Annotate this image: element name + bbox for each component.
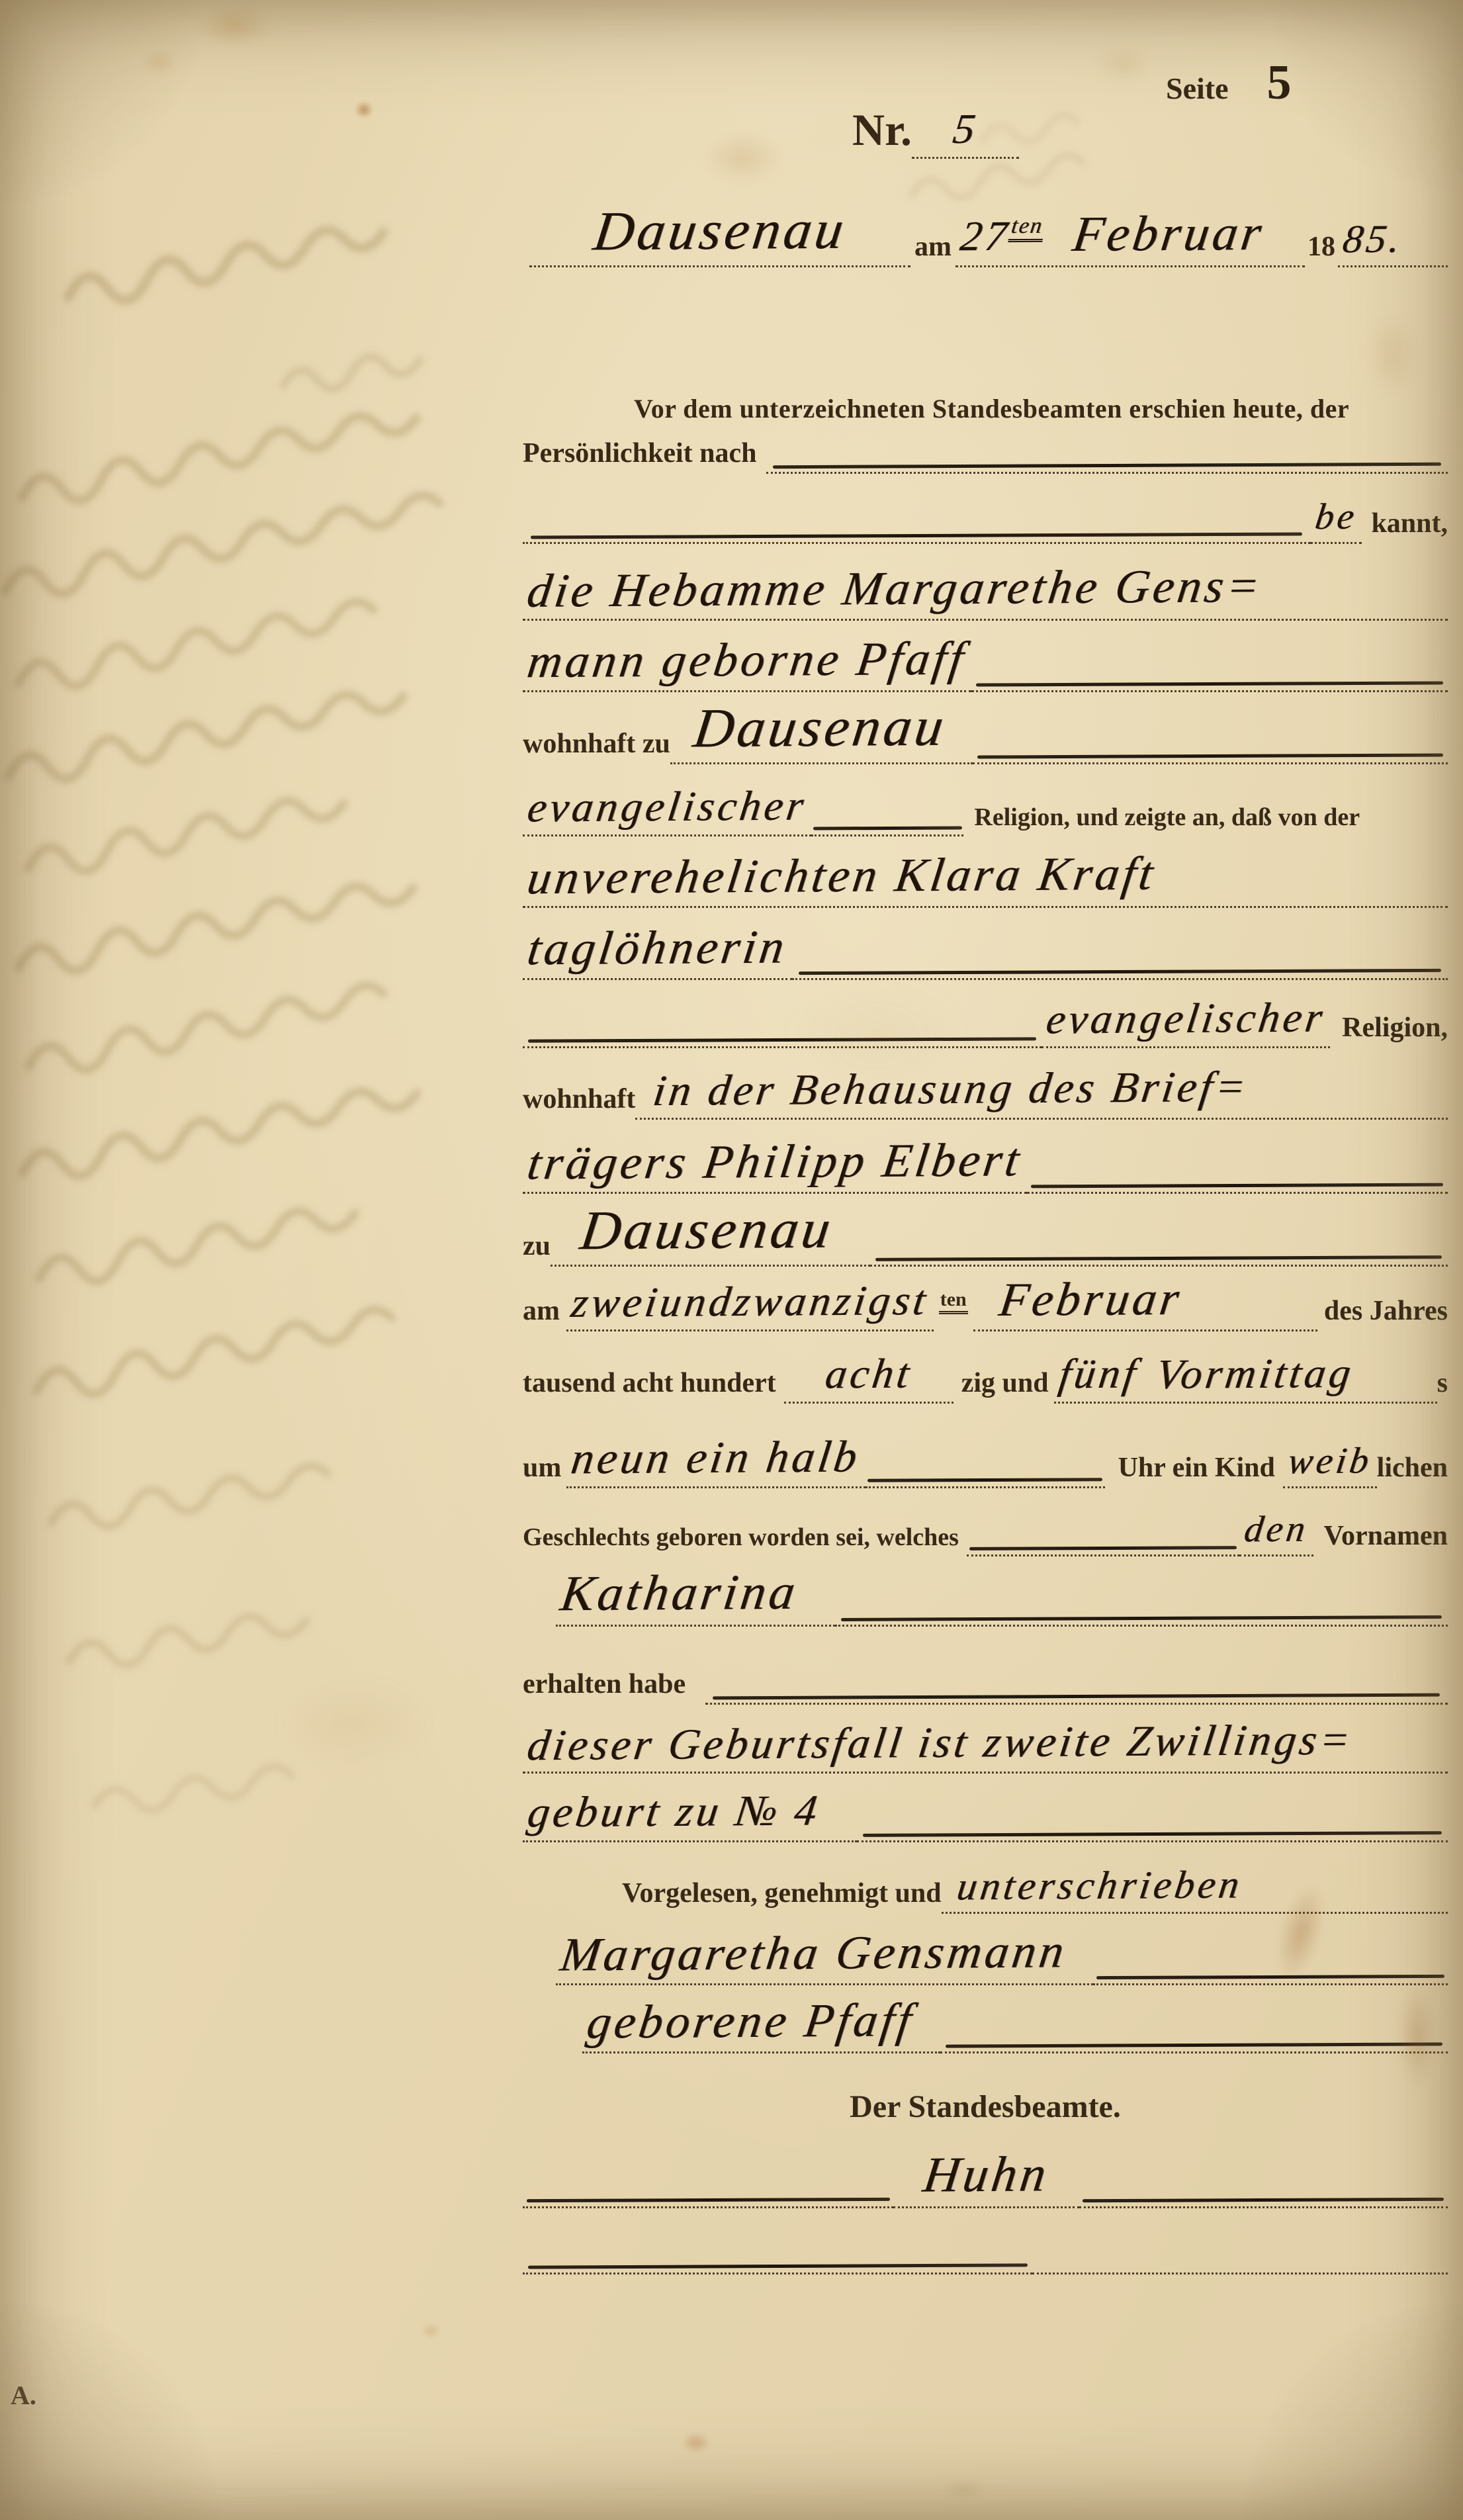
declarant-name-1: die Hebamme Margarethe Gens= (525, 562, 1266, 615)
stain (421, 2323, 441, 2339)
crossed-blank-rule (766, 449, 1448, 474)
mother-name-line: unverehelichten Klara Kraft (523, 834, 1448, 908)
birth-month: Februar (997, 1275, 1185, 1324)
stain (142, 50, 177, 75)
declarant-name-line-1: die Hebamme Margarethe Gens= (523, 547, 1448, 621)
dateline-year-rule: 85. (1338, 219, 1448, 267)
signature-declarant: Margaretha Gensmann (558, 1927, 1070, 1978)
page-number: 5 (1267, 58, 1292, 114)
uhr-kind-label: Uhr ein Kind (1118, 1454, 1275, 1488)
entry-rule: Februar (973, 1275, 1317, 1331)
unterschrieben-written: unterschrieben (954, 1865, 1244, 1907)
mother-residence-line-1: wohnhaft in der Behausung des Brief= (523, 1046, 1448, 1120)
declarant-name-2: mann geborne Pfaff (525, 635, 969, 686)
wohnhaft-zu-label: wohnhaft zu (523, 730, 670, 764)
sex-suffix-label: lichen (1377, 1454, 1448, 1488)
intro-line-3: be kannt, (523, 478, 1448, 544)
crossed-blank-rule (835, 1602, 1448, 1627)
declarant-name-line-2: mann geborne Pfaff (523, 618, 1448, 692)
child-name-line: Katharina (523, 1550, 1448, 1627)
declarant-religion-line: evangelischer Religion, und zeigte an, d… (523, 762, 1448, 836)
year-tens: acht (822, 1353, 914, 1396)
official-title-line: Der Standesbeamte. (523, 2091, 1448, 2123)
twin-note-1: dieser Geburtsfall ist zweite Zwillings= (525, 1719, 1356, 1768)
crossed-blank-rule (523, 519, 1310, 544)
intro-line-2: Persönlichkeit nach (523, 417, 1448, 474)
birth-date-line: am zweiundzwanzigst ten Februar des Jahr… (523, 1255, 1448, 1331)
crossed-blank-rule (940, 2029, 1448, 2053)
stain (355, 101, 373, 118)
entry-rule: evangelischer (1042, 997, 1330, 1048)
closing-line: Vorgelesen, genehmigt und unterschrieben (523, 1845, 1448, 1914)
entry-rule: in der Behausung des Brief= (635, 1067, 1448, 1120)
crossed-blank-rule (811, 812, 963, 836)
daytime: Vormittag (1154, 1352, 1356, 1396)
stain (682, 2432, 711, 2453)
bekannt-written-rule: be (1310, 498, 1362, 544)
margin-note: A. (11, 2380, 36, 2417)
entry-rule: mann geborne Pfaff (523, 636, 971, 692)
declarant-religion: evangelischer (525, 785, 809, 829)
stain (1095, 46, 1152, 82)
dateline-year-prefix: 18 (1308, 233, 1335, 267)
child-sex: weib (1286, 1443, 1374, 1480)
declarant-residence: Dausenau (690, 699, 950, 757)
signature-declarant-birthname: geborene Pfaff (584, 1996, 917, 2046)
official-signature-line: Huhn (523, 2126, 1448, 2208)
twin-note-2: geburt zu № 4 (525, 1789, 822, 1834)
entry-rule: geburt zu № 4 (523, 1790, 857, 1842)
entry-rule: taglöhnerin (523, 924, 792, 980)
dateline-month: Februar (1069, 208, 1267, 259)
page-header: Seite 5 (1166, 58, 1292, 114)
entry-rule: Huhn (893, 2149, 1079, 2208)
entry-rule: neun ein halb (566, 1435, 865, 1488)
den-written: den (1242, 1511, 1310, 1549)
mother-name: unverehelichten Klara Kraft (525, 850, 1159, 902)
entry-rule: zweiundzwanzigst (566, 1281, 934, 1331)
ten-label: ten (939, 1290, 968, 1314)
declarant-residence-line: wohnhaft zu Dausenau (523, 686, 1448, 764)
dateline-day: 27 (958, 215, 1013, 258)
dateline-place: Dausenau (590, 202, 850, 260)
official-title: Der Standesbeamte. (850, 2089, 1121, 2131)
tausend-label: tausend acht hundert (523, 1369, 776, 1404)
persoenlichkeit-label: Persönlichkeit nach (523, 439, 757, 474)
twin-note-line-2: geburt zu № 4 (523, 1768, 1448, 1842)
crossed-blank-rule (523, 2250, 1032, 2274)
crossed-blank-rule (857, 1818, 1448, 1842)
am-label: am (523, 1297, 560, 1331)
dateline-place-rule: Dausenau (529, 203, 910, 267)
dateline-day-suffix: ten (1008, 215, 1045, 242)
birth-year-line: tausend acht hundert acht zig und fünfVo… (523, 1329, 1448, 1404)
entry-rule: die Hebamme Margarethe Gens= (523, 564, 1448, 621)
seite-label: Seite (1166, 73, 1229, 111)
signature-line-2: geborene Pfaff (523, 1977, 1448, 2053)
sex-vornamen-line: Geschlechts geboren worden sei, welches … (523, 1488, 1448, 1556)
year-units: fünf (1056, 1353, 1141, 1396)
stain (703, 132, 782, 184)
birth-time: neun ein halb (569, 1433, 864, 1480)
stain (199, 5, 271, 46)
mother-religion: evangelischer (1043, 997, 1327, 1041)
entry-rule: acht (784, 1353, 953, 1404)
mother-residence-1: in der Behausung des Brief= (651, 1065, 1252, 1113)
bekannt-written: be (1313, 498, 1359, 535)
crossed-blank-rule (1079, 2184, 1448, 2208)
entry-rule: geborene Pfaff (582, 1997, 940, 2053)
um-label: um (523, 1454, 561, 1488)
official-signature: Huhn (920, 2149, 1052, 2200)
entry-rule: evangelischer (523, 786, 811, 836)
crossed-blank-rule (523, 1024, 1042, 1048)
crossed-blank-rule (523, 2184, 893, 2208)
scanned-birth-record-page: Seite 5 Nr. 5 Dausenau am 27tenFebruar 1… (0, 0, 1463, 2520)
mother-occupation: taglöhnerin (525, 923, 790, 973)
mother-religion-line: evangelischer Religion, (523, 974, 1448, 1048)
birth-day: zweiundzwanzigst (568, 1279, 931, 1324)
dateline-year: 85. (1341, 219, 1405, 259)
entry-rule: unverehelichten Klara Kraft (523, 852, 1448, 908)
entry-rule: unterschrieben (942, 1866, 1448, 1914)
wohnhaft-label: wohnhaft (523, 1085, 635, 1120)
dateline: Dausenau am 27tenFebruar 18 85. (529, 203, 1448, 267)
bekannt-printed: kannt, (1371, 510, 1448, 544)
daytime-suffix: s (1437, 1369, 1448, 1404)
crossed-blank-rule (865, 1464, 1105, 1488)
crossed-blank-rule (973, 740, 1448, 764)
stain (1367, 311, 1417, 397)
entry-rule: weib (1283, 1443, 1377, 1488)
twin-note-line-1: dieser Geburtsfall ist zweite Zwillings= (523, 1699, 1448, 1774)
record-number-rule: 5 (912, 108, 1019, 159)
entry-rule: Dausenau (670, 700, 973, 764)
record-number-label: Nr. (852, 107, 912, 159)
dateline-day-month-rule: 27tenFebruar (955, 208, 1305, 267)
mother-occupation-line: taglöhnerin (523, 906, 1448, 980)
erhalten-habe-line: erhalten habe (523, 1641, 1448, 1705)
bottom-rule-line (523, 2261, 1448, 2274)
des-jahres-label: des Jahres (1324, 1297, 1448, 1331)
zig-und-label: zig und (961, 1369, 1049, 1404)
religion-zeigte-label: Religion, und zeigte an, daß von der (974, 805, 1360, 836)
margin-note-line: A. (11, 2382, 36, 2409)
entry-rule: Katharina (556, 1568, 835, 1627)
religion-label: Religion, (1342, 1014, 1448, 1048)
entry-rule: dieser Geburtsfall ist zweite Zwillings= (523, 1721, 1448, 1774)
child-name: Katharina (558, 1567, 801, 1619)
mother-residence-place: Dausenau (577, 1202, 836, 1259)
signature-line-1: Margaretha Gensmann (523, 1909, 1448, 1985)
dotted-rule (1032, 2250, 1448, 2274)
record-number-value: 5 (950, 108, 981, 150)
entry-rule: fünfVormittag (1054, 1353, 1437, 1404)
mother-residence-2: trägers Philipp Elbert (525, 1136, 1025, 1187)
dateline-am-label: am (914, 233, 952, 267)
stain (278, 1681, 430, 1767)
birth-time-line: um neun ein halb Uhr ein Kind weib liche… (523, 1412, 1448, 1488)
record-number-line: Nr. 5 (852, 107, 1019, 159)
stain (943, 2480, 985, 2499)
mother-residence-line-2: trägers Philipp Elbert (523, 1116, 1448, 1194)
